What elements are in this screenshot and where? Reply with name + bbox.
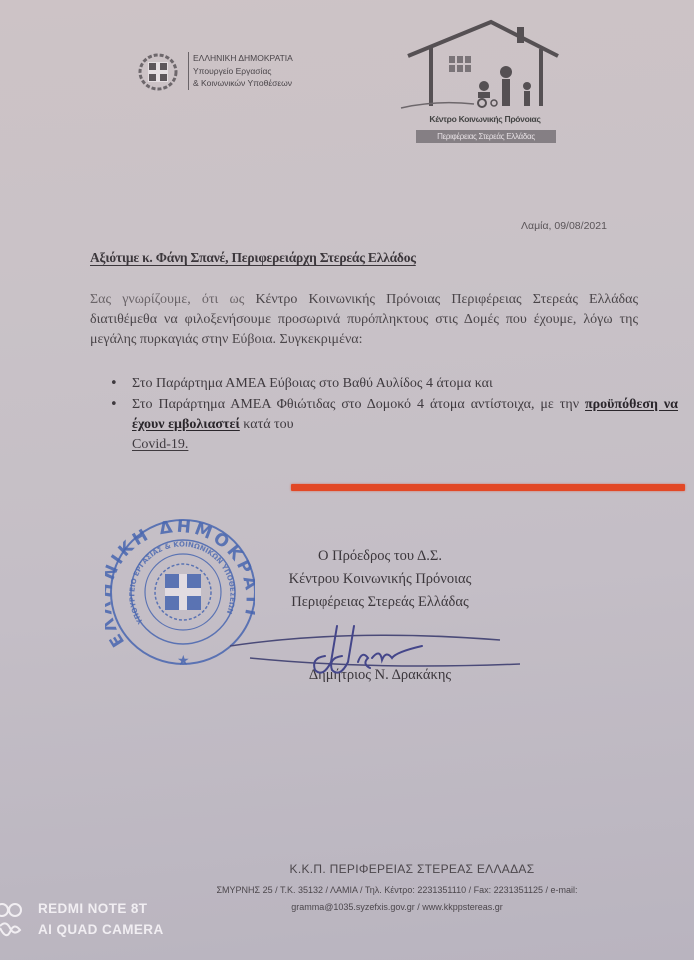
greek-coat-of-arms-icon xyxy=(136,52,180,92)
watermark-model: REDMI NOTE 8T xyxy=(38,898,164,919)
letter-date: Λαμία, 09/08/2021 xyxy=(521,220,607,232)
list-item-text: Στο Παράρτημα ΑΜΕΑ Εύβοιας στο Βαθύ Αυλί… xyxy=(132,376,493,391)
list-item-text: κατά του xyxy=(240,417,294,432)
covid-reference: Covid-19. xyxy=(132,437,188,452)
camera-watermark: REDMI NOTE 8T AI QUAD CAMERA xyxy=(4,898,164,940)
camera-lens-icon xyxy=(0,900,22,940)
center-name: Κέντρο Κοινωνικής Πρόνοιας xyxy=(412,114,558,124)
ministry-line: ΕΛΛΗΝΙΚΗ ΔΗΜΟΚΡΑΤΙΑ xyxy=(193,52,293,65)
center-region: Περιφέρειας Στερεάς Ελλάδας xyxy=(416,130,556,143)
accommodation-list: Στο Παράρτημα ΑΜΕΑ Εύβοιας στο Βαθύ Αυλί… xyxy=(110,374,678,456)
list-item: Στο Παράρτημα ΑΜΕΑ Εύβοιας στο Βαθύ Αυλί… xyxy=(110,374,678,394)
list-item: Στο Παράρτημα ΑΜΕΑ Φθιώτιδας στο Δομοκό … xyxy=(110,395,678,455)
signatory-title: Ο Πρόεδρος του Δ.Σ. xyxy=(230,545,530,568)
ministry-line: Υπουργείο Εργασίας xyxy=(193,65,293,78)
footer-organization: Κ.Κ.Π. ΠΕΡΙΦΕΡΕΙΑΣ ΣΤΕΡΕΑΣ ΕΛΛΑΔΑΣ xyxy=(0,862,694,876)
letter-addressee: Αξιότιμε κ. Φάνη Σπανέ, Περιφερειάρχη Στ… xyxy=(90,250,416,266)
watermark-camera: AI QUAD CAMERA xyxy=(38,919,164,940)
letter-body: Σας γνωρίζουμε, ότι ως Κέντρο Κοινωνικής… xyxy=(90,290,638,350)
ministry-line: & Κοινωνικών Υποθέσεων xyxy=(193,77,293,90)
footer-address: ΣΜΥΡΝΗΣ 25 / Τ.Κ. 35132 / ΛΑΜΙΑ / Τηλ. Κ… xyxy=(0,882,694,899)
house-family-icon xyxy=(396,16,566,111)
svg-text:★: ★ xyxy=(177,653,190,669)
red-highlight-underline xyxy=(291,484,685,491)
signatory-title: Κέντρου Κοινωνικής Πρόνοιας xyxy=(230,568,530,591)
signatory-title: Περιφέρειας Στερεάς Ελλάδας xyxy=(230,591,530,614)
list-item-text: Στο Παράρτημα ΑΜΕΑ Φθιώτιδας στο Δομοκό … xyxy=(132,397,585,412)
body-lead: Σας γνωρίζουμε, ότι ως xyxy=(90,292,244,307)
scanned-letter: ΕΛΛΗΝΙΚΗ ΔΗΜΟΚΡΑΤΙΑ Υπουργείο Εργασίας &… xyxy=(0,0,694,960)
handwritten-signature-icon xyxy=(230,612,530,682)
ministry-header: ΕΛΛΗΝΙΚΗ ΔΗΜΟΚΡΑΤΙΑ Υπουργείο Εργασίας &… xyxy=(188,52,293,90)
